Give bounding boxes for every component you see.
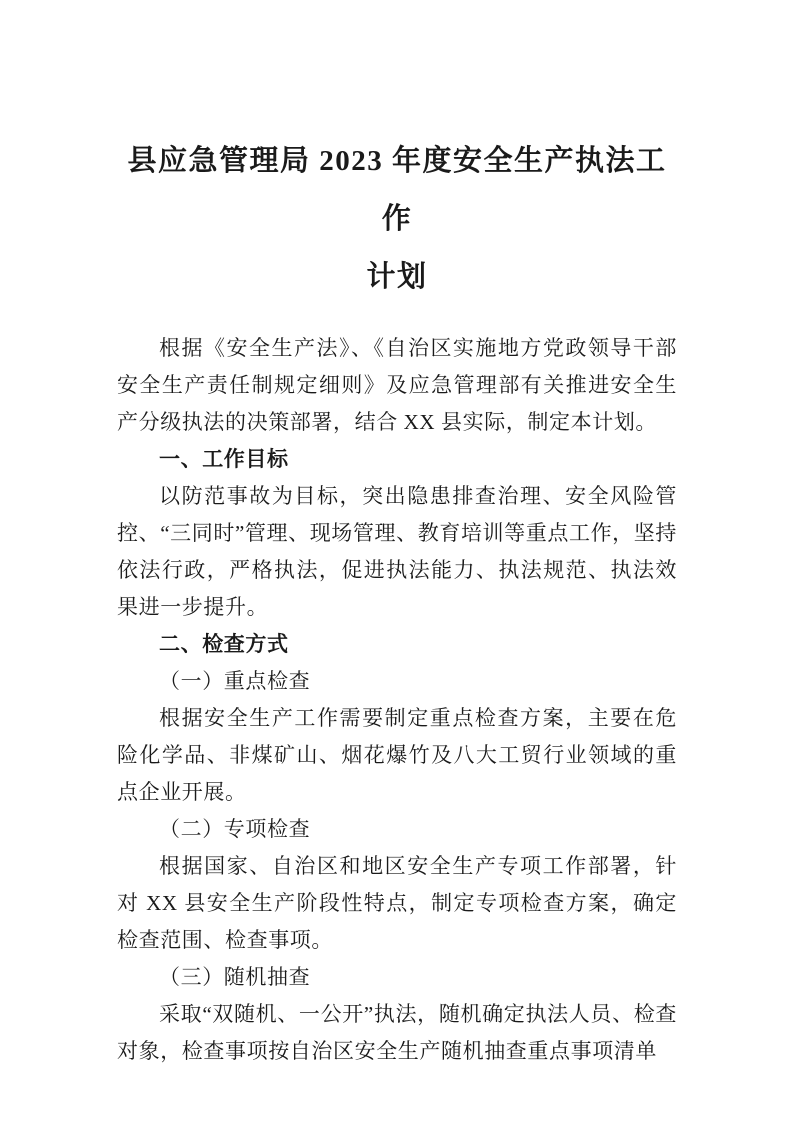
- paragraph-special-inspection: 根据国家、自治区和地区安全生产专项工作部署，针对 XX 县安全生产阶段性特点，制…: [117, 848, 677, 959]
- document-content: 县应急管理局 2023 年度安全生产执法工作 计划 根据《安全生产法》、《自治区…: [117, 132, 677, 1070]
- document-title-line-2: 计划: [117, 248, 677, 306]
- document-title: 县应急管理局 2023 年度安全生产执法工作 计划: [117, 132, 677, 306]
- subheading-random-sampling: （三）随机抽查: [117, 959, 677, 996]
- subheading-key-inspection: （一）重点检查: [117, 663, 677, 700]
- subheading-special-inspection: （二）专项检查: [117, 811, 677, 848]
- paragraph-random-sampling: 采取“双随机、一公开”执法，随机确定执法人员、检查对象，检查事项按自治区安全生产…: [117, 996, 677, 1070]
- section-heading-2: 二、检查方式: [117, 626, 677, 663]
- paragraph-work-goals: 以防范事故为目标，突出隐患排查治理、安全风险管控、“三同时”管理、现场管理、教育…: [117, 478, 677, 626]
- paragraph-key-inspection: 根据安全生产工作需要制定重点检查方案，主要在危险化学品、非煤矿山、烟花爆竹及八大…: [117, 700, 677, 811]
- section-heading-1: 一、工作目标: [117, 441, 677, 478]
- document-title-line-1: 县应急管理局 2023 年度安全生产执法工作: [117, 132, 677, 248]
- document-body: 根据《安全生产法》、《自治区实施地方党政领导干部安全生产责任制规定细则》及应急管…: [117, 330, 677, 1070]
- paragraph-intro: 根据《安全生产法》、《自治区实施地方党政领导干部安全生产责任制规定细则》及应急管…: [117, 330, 677, 441]
- document-page: 县应急管理局 2023 年度安全生产执法工作 计划 根据《安全生产法》、《自治区…: [0, 0, 793, 1122]
